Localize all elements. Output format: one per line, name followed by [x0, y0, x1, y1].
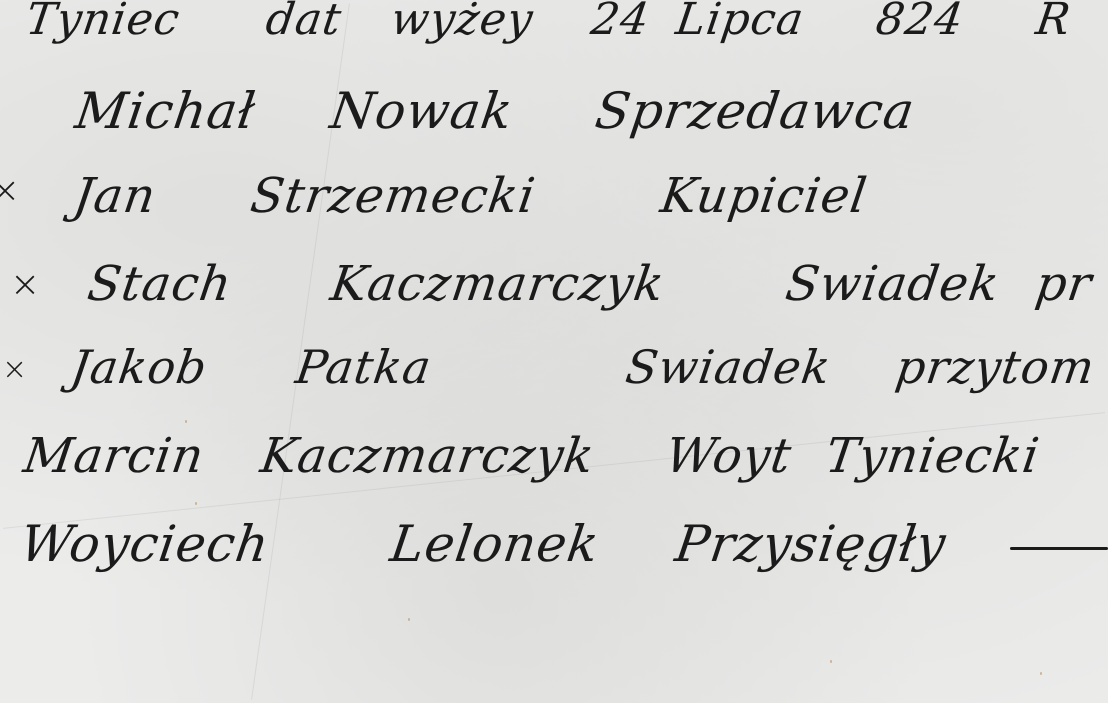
paper-speck [830, 660, 832, 663]
last-name: Lelonek [387, 515, 603, 573]
last-name: Kaczmarczyk [327, 256, 668, 312]
role-suffix: przytom [892, 340, 1098, 394]
first-name: Michał [72, 82, 260, 140]
cross-mark-signature: × [2, 352, 27, 387]
first-name: Marcin [20, 428, 208, 484]
cross-mark-signature: × [0, 170, 20, 211]
word-year: 824 [873, 0, 967, 45]
last-name: Kaczmarczyk [257, 428, 598, 484]
role-suffix: Tyniecki [822, 428, 1043, 484]
closing-dash [1010, 547, 1108, 550]
word: wyżey [388, 0, 537, 45]
first-name: Jan [70, 168, 160, 224]
role: Sprzedawca [592, 82, 919, 140]
role: Swiadek [782, 256, 1003, 312]
last-name: Patka [292, 340, 435, 394]
cross-mark-signature: × [10, 264, 40, 305]
first-name: Woyciech [17, 515, 273, 573]
paper-speck [195, 502, 197, 505]
first-name: Stach [84, 256, 235, 312]
word-month: Lipca [673, 0, 808, 45]
role: Woyt [662, 428, 795, 484]
role-suffix: pr [1032, 256, 1096, 312]
role: Przysięgły [672, 515, 950, 573]
word: dat [263, 0, 345, 45]
paper-speck [185, 420, 187, 423]
paper-speck [1040, 672, 1042, 675]
role: Kupiciel [657, 168, 871, 224]
paper-speck [408, 618, 410, 621]
role: Swiadek [622, 340, 834, 394]
word-place: Tyniec [23, 0, 183, 45]
last-name: Nowak [327, 82, 517, 140]
last-name: Strzemecki [247, 168, 539, 224]
first-name: Jakob [67, 340, 210, 394]
word-day: 24 [588, 0, 653, 45]
